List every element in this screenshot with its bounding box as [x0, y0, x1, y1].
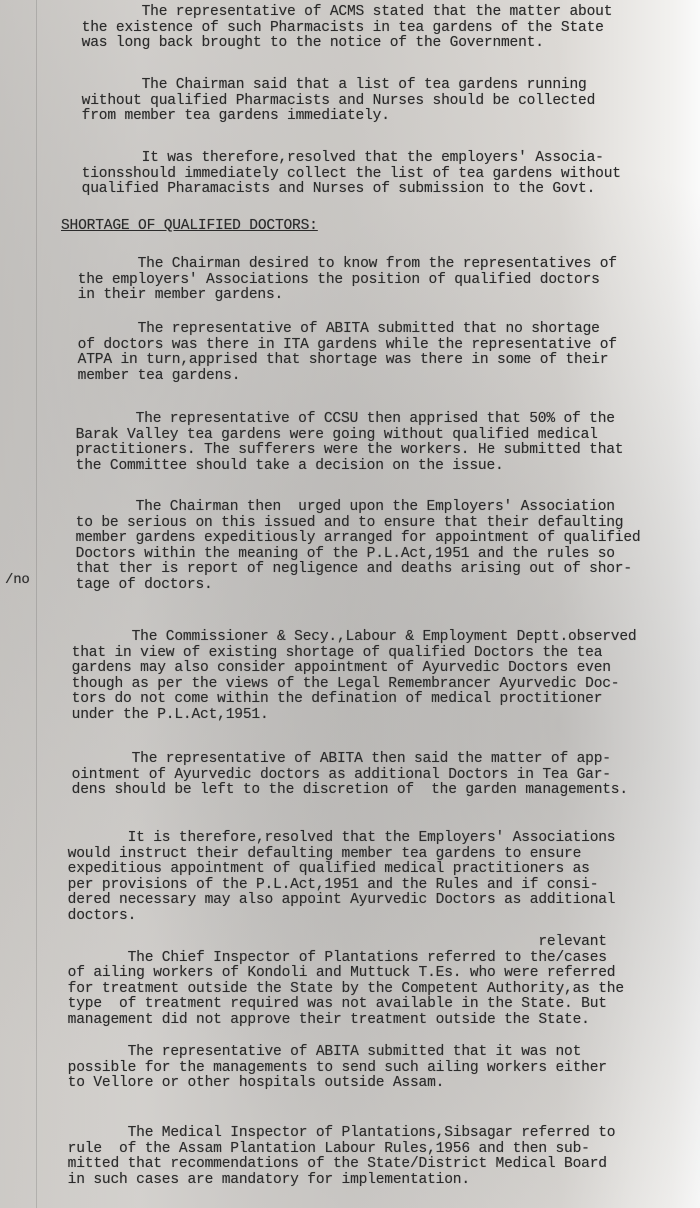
paragraph: The Chairman desired to know from the re… [52, 257, 692, 304]
text-line: that ther is report of negligence and de… [50, 562, 690, 578]
text-line: the existence of such Pharmacists in tea… [56, 21, 696, 37]
text-line: The Commissioner & Secy.,Labour & Employ… [46, 630, 686, 646]
text-line: management did not approve their treatme… [42, 1013, 682, 1029]
text-line: The representative of CCSU then apprised… [50, 412, 690, 428]
text-line: practitioners. The sufferers were the wo… [50, 443, 690, 459]
text-line: of doctors was there in ITA gardens whil… [52, 338, 692, 354]
text-line: the Committee should take a decision on … [50, 459, 690, 475]
text-line: The representative of ABITA submitted th… [52, 322, 692, 338]
text-line: though as per the views of the Legal Rem… [46, 677, 686, 693]
text-line: tage of doctors. [50, 578, 690, 594]
text-line: The Medical Inspector of Plantations,Sib… [42, 1126, 682, 1142]
paragraph: relevant The Chief Inspector of Plantati… [42, 935, 682, 1028]
text-line: in such cases are mandatory for implemen… [42, 1173, 682, 1189]
text-line: The Chief Inspector of Plantations refer… [42, 951, 682, 967]
text-line: It is therefore,resolved that the Employ… [42, 831, 682, 847]
text-line: The representative of ACMS stated that t… [56, 5, 696, 21]
text-line: The representative of ABITA submitted th… [42, 1045, 682, 1061]
text-line: Doctors within the meaning of the P.L.Ac… [50, 547, 690, 563]
text-line: dens should be left to the discretion of… [46, 783, 686, 799]
text-line: the employers' Associations the position… [52, 273, 692, 289]
paragraph: The Medical Inspector of Plantations,Sib… [42, 1126, 682, 1188]
scanned-page: SHORTAGE OF QUALIFIED DOCTORS: /no The r… [0, 0, 700, 1208]
text-line: of ailing workers of Kondoli and Muttuck… [42, 966, 682, 982]
text-line: relevant [42, 935, 682, 951]
text-line: per provisions of the P.L.Act,1951 and t… [42, 878, 682, 894]
text-line: mitted that recommendations of the State… [42, 1157, 682, 1173]
text-line: expeditious appointment of qualified med… [42, 862, 682, 878]
paragraph: The representative of CCSU then apprised… [50, 412, 690, 474]
text-line: It was therefore,resolved that the emplo… [56, 151, 696, 167]
text-line: to Vellore or other hospitals outside As… [42, 1076, 682, 1092]
text-line: under the P.L.Act,1951. [46, 708, 686, 724]
text-line: possible for the managements to send suc… [42, 1061, 682, 1077]
text-line: tionsshould immediately collect the list… [56, 167, 696, 183]
paragraph: The Chairman said that a list of tea gar… [56, 78, 696, 125]
paragraph: The representative of ABITA then said th… [46, 752, 686, 799]
text-line: qualified Pharamacists and Nurses of sub… [56, 182, 696, 198]
text-line: for treatment outside the State by the C… [42, 982, 682, 998]
text-line: Barak Valley tea gardens were going with… [50, 428, 690, 444]
text-line: would instruct their defaulting member t… [42, 847, 682, 863]
text-line: dered necessary may also appoint Ayurved… [42, 893, 682, 909]
text-line: member gardens expeditiously arranged fo… [50, 531, 690, 547]
text-line: in their member gardens. [52, 288, 692, 304]
text-line: rule of the Assam Plantation Labour Rule… [42, 1142, 682, 1158]
text-line: ATPA in turn,apprised that shortage was … [52, 353, 692, 369]
text-line: was long back brought to the notice of t… [56, 36, 696, 52]
paragraph: The representative of ABITA submitted th… [42, 1045, 682, 1092]
text-line: The Chairman desired to know from the re… [52, 257, 692, 273]
paragraph: The Commissioner & Secy.,Labour & Employ… [46, 630, 686, 723]
text-line: type of treatment required was not avail… [42, 997, 682, 1013]
text-line: member tea gardens. [52, 369, 692, 385]
paragraph: The representative of ACMS stated that t… [56, 5, 696, 52]
paragraph: It is therefore,resolved that the Employ… [42, 831, 682, 924]
margin-annotation: /no [5, 573, 30, 589]
text-line: The Chairman said that a list of tea gar… [56, 78, 696, 94]
text-line: gardens may also consider appointment of… [46, 661, 686, 677]
section-heading: SHORTAGE OF QUALIFIED DOCTORS: [61, 219, 318, 235]
text-line: doctors. [42, 909, 682, 925]
text-line: The representative of ABITA then said th… [46, 752, 686, 768]
margin-rule [36, 0, 37, 1208]
paragraph: It was therefore,resolved that the emplo… [56, 151, 696, 198]
text-line: ointment of Ayurvedic doctors as additio… [46, 768, 686, 784]
text-line: that in view of existing shortage of qua… [46, 646, 686, 662]
text-line: from member tea gardens immediately. [56, 109, 696, 125]
paragraph: The representative of ABITA submitted th… [52, 322, 692, 384]
text-line: to be serious on this issued and to ensu… [50, 516, 690, 532]
text-line: without qualified Pharmacists and Nurses… [56, 94, 696, 110]
paragraph: The Chairman then urged upon the Employe… [50, 500, 690, 593]
text-line: The Chairman then urged upon the Employe… [50, 500, 690, 516]
text-line: tors do not come within the defination o… [46, 692, 686, 708]
